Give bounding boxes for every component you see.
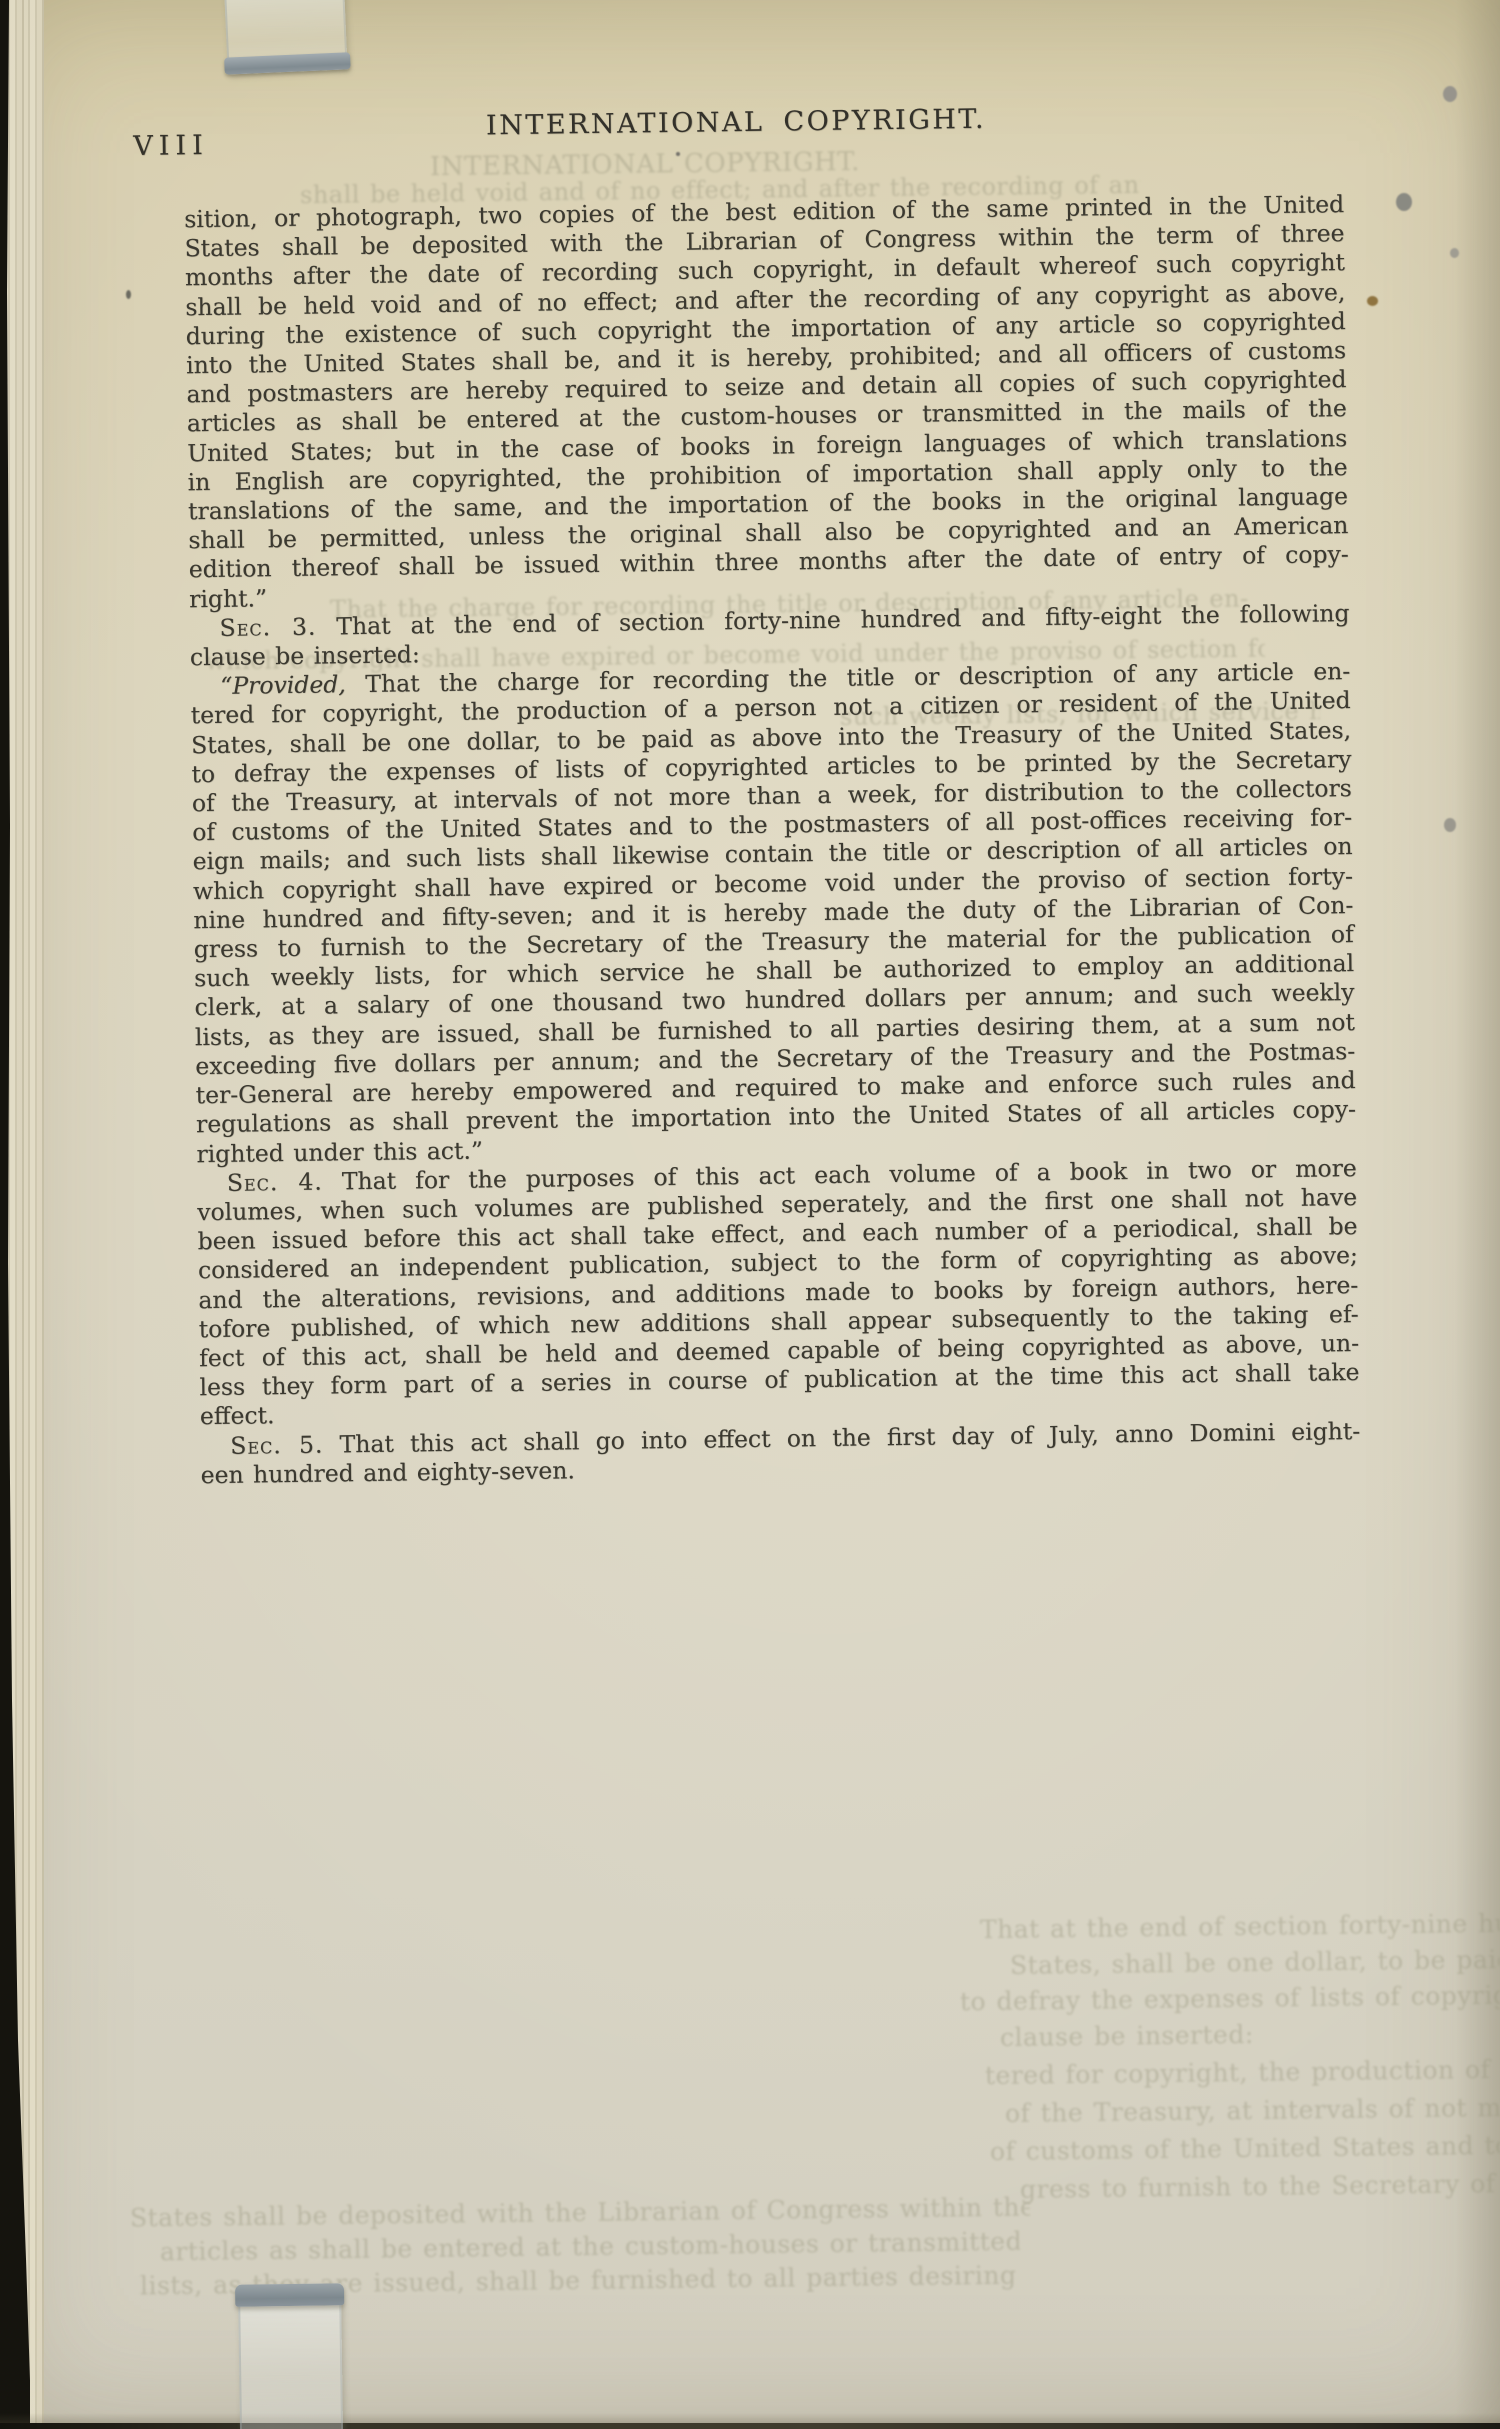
show-through-text: States, shall be one dollar, to be paid … [1010, 1945, 1500, 1980]
scanned-page: INTERNATIONAL COPYRIGHT.shall be held vo… [0, 0, 1500, 2429]
paragraph-lead: Sec. 3. [219, 612, 316, 641]
show-through-text: That at the end of section forty-nine hu… [980, 1909, 1500, 1944]
paragraph-lead: “Provided, [220, 670, 346, 700]
page-content: VIII INTERNATIONAL COPYRIGHT. sition, or… [121, 87, 1370, 1533]
glass-weight-top [224, 0, 347, 75]
show-through-text: of the Treasury, at intervals of not mor… [1005, 2093, 1500, 2128]
running-title: INTERNATIONAL COPYRIGHT. [121, 99, 1351, 146]
paper-speck [1443, 86, 1457, 102]
show-through-text: to defray the expenses of lists of copyr… [960, 1981, 1500, 2017]
glass-weight-cap [235, 2283, 344, 2307]
show-through-text: articles as shall be entered at the cust… [160, 2227, 1020, 2267]
show-through-text: gress to furnish to the Secretary of the… [1020, 2169, 1500, 2204]
show-through-text: of customs of the United States and to t… [990, 2131, 1500, 2166]
show-through-text: tered for copyright, the production of a… [985, 2055, 1500, 2090]
paragraph-lead: Sec. 5. [230, 1430, 323, 1459]
paper-speck [676, 152, 680, 156]
paper-speck [1450, 248, 1459, 258]
show-through-text: clause be inserted: [1000, 2017, 1500, 2052]
glass-weight-bottom [238, 2283, 343, 2429]
show-through-text: States shall be deposited with the Libra… [130, 2193, 1030, 2233]
paper-speck [1444, 818, 1456, 832]
page-bottom-shadow [0, 2413, 1500, 2423]
paper-speck [126, 290, 131, 299]
paragraph-lead: Sec. 4. [227, 1167, 323, 1196]
body-text: sition, or photograph, two copies of the… [184, 190, 1361, 1490]
paper-speck [1396, 193, 1412, 211]
paper-speck [1367, 296, 1378, 306]
page-bottom-edge [0, 2423, 1500, 2429]
